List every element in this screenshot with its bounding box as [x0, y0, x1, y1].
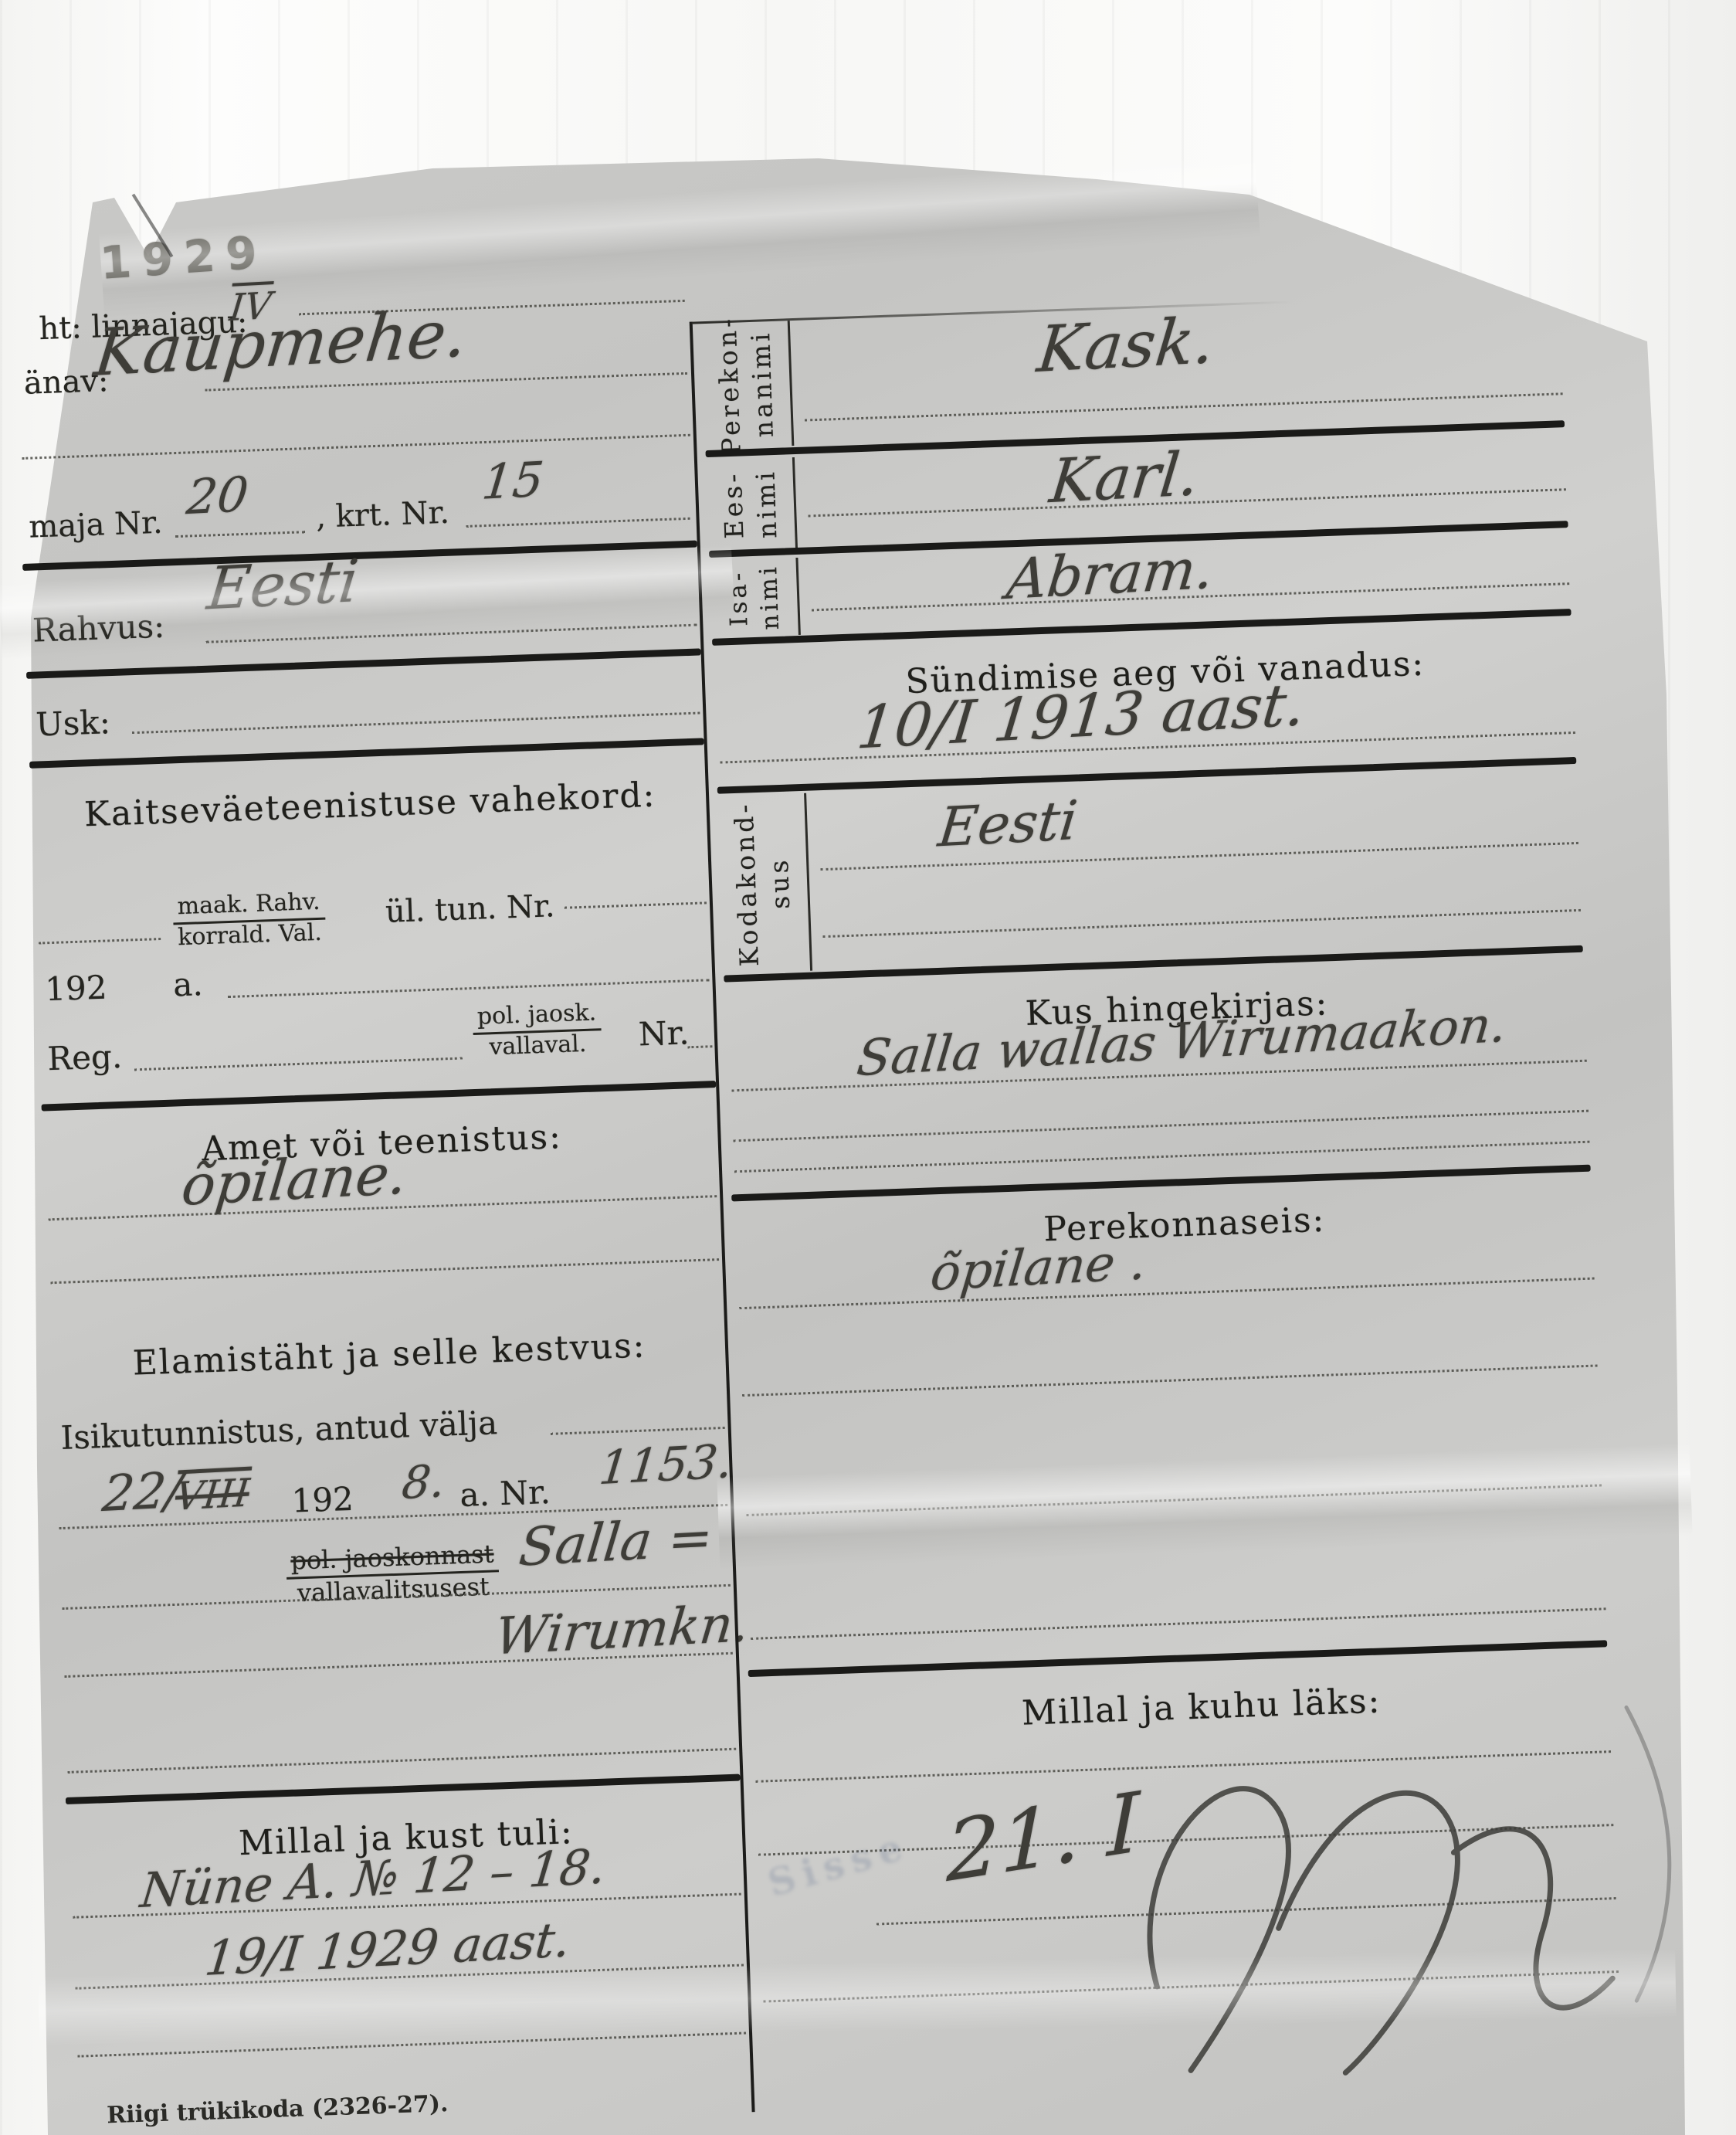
pol-vallaval-stack: pol. jaosk. vallaval.	[472, 1000, 602, 1061]
vallaval-label: vallaval.	[489, 1030, 587, 1061]
dotted-line	[805, 392, 1563, 421]
rule	[42, 1081, 717, 1111]
perekonnanimi-label-line1: Perekon-	[711, 315, 749, 455]
scanned-document: 1929 ht: linnajagu: IV änav: Kaupmehe. m…	[0, 0, 1736, 2135]
dotted-line	[228, 979, 710, 998]
dotted-line	[78, 2031, 747, 2057]
tuli-line2-handwritten: 19/I 1929 aast.	[202, 1911, 573, 1987]
pol-jaosk-label: pol. jaosk.	[472, 1000, 602, 1034]
kodakondsus-label-line2: sus	[761, 799, 799, 966]
dotted-line	[68, 1748, 737, 1774]
dotted-line	[206, 624, 697, 643]
maja-value-handwritten: 20	[184, 466, 251, 525]
eesnimi-label-line2: nimi	[749, 469, 785, 539]
kodakondsus-label-cell: Kodakond- sus	[717, 793, 812, 974]
isik-day-handwritten: 22/	[100, 1461, 185, 1523]
krt-value-handwritten: 15	[480, 451, 547, 511]
isik-month-handwritten: VIII	[173, 1471, 252, 1519]
krt-label: , krt. Nr.	[315, 495, 449, 535]
dotted-line	[687, 1045, 712, 1048]
dotted-line	[742, 1364, 1597, 1397]
dotted-line	[747, 1484, 1602, 1516]
isik-year-handwritten: 8.	[399, 1454, 448, 1509]
year192-label: 192	[44, 969, 107, 1009]
printer-imprint: Riigi trükikoda (2326-27).	[107, 2090, 449, 2129]
seis-heading: Perekonnaseis:	[775, 1191, 1594, 1259]
eesnimi-label: Ees- nimi	[717, 469, 785, 541]
dotted-line	[51, 1258, 720, 1284]
perekonnanimi-label-cell: Perekon- nanimi	[701, 321, 795, 449]
rule	[724, 945, 1583, 983]
nr-label: Nr.	[638, 1013, 690, 1053]
ul-tun-label: ül. tun. Nr.	[385, 888, 555, 930]
isanimi-label: Isa- nimi	[721, 564, 786, 632]
isanimi-label-cell: Isa- nimi	[709, 558, 800, 638]
isik-a-nr-label: a. Nr.	[459, 1473, 551, 1514]
rahvus-label: Rahvus:	[32, 607, 165, 650]
jaosk-value1-handwritten: Salla =	[516, 1507, 715, 1578]
rahvus-value-handwritten: Eesti	[204, 546, 361, 623]
rule	[66, 1774, 741, 1804]
kodakondsus-label-line1: Kodakond-	[728, 801, 767, 967]
dotted-line	[565, 901, 707, 908]
rule	[712, 609, 1572, 646]
perekonnanimi-label-line2: nanimi	[744, 314, 782, 454]
maak-korrald-stack: maak. Rahv. korrald. Val.	[172, 889, 326, 952]
dotted-line	[132, 712, 700, 735]
elamis-heading: Elamistäht ja selle kestvus:	[53, 1323, 725, 1386]
dotted-line	[734, 1141, 1589, 1173]
isanimi-label-line1: Isa-	[721, 565, 754, 632]
perekonnanimi-label: Perekon- nanimi	[711, 314, 782, 456]
form-content: 1929 ht: linnajagu: IV änav: Kaupmehe. m…	[0, 0, 1736, 2135]
perekonnanimi-value-handwritten: Kask.	[1034, 304, 1218, 387]
usk-label: Usk:	[35, 703, 110, 743]
seis-value-handwritten: õpilane .	[928, 1234, 1150, 1302]
dotted-line	[820, 842, 1578, 871]
year-stamp: 1929	[98, 226, 270, 290]
rule	[29, 738, 704, 768]
rule	[717, 757, 1577, 794]
dotted-line	[551, 1427, 725, 1435]
dotted-line	[175, 531, 305, 538]
isik-label: Isikutunnistus, antud välja	[60, 1404, 498, 1457]
dotted-line	[823, 909, 1582, 938]
dotted-line	[134, 1057, 463, 1071]
pencil-mark	[1626, 1706, 1674, 2001]
kodakondsus-label: Kodakond- sus	[728, 799, 800, 967]
dotted-line	[751, 1607, 1605, 1640]
signature-flourish	[907, 1642, 1732, 2103]
dotted-line	[734, 1110, 1589, 1142]
korrald-label: korrald. Val.	[178, 919, 323, 951]
dotted-line	[739, 1278, 1594, 1310]
dotted-line	[22, 434, 690, 460]
dotted-line	[64, 1652, 733, 1678]
kodakondsus-value-handwritten: Eesti	[935, 789, 1080, 860]
kaitse-heading: Kaitseväeteenistuse vahekord:	[34, 773, 707, 836]
isanimi-label-line2: nimi	[753, 564, 786, 631]
dotted-line	[466, 518, 690, 528]
faint-ink-stamp: Sisse	[763, 1824, 914, 1906]
isik-nr-value-handwritten: 1153.	[596, 1434, 734, 1495]
maja-label: maja Nr.	[29, 505, 164, 545]
year192-suffix: a.	[172, 965, 203, 1003]
vallavalitsusest-label: vallavalitsusest	[297, 1573, 490, 1607]
dotted-line	[39, 938, 161, 945]
eesnimi-label-line1: Ees-	[717, 470, 752, 540]
rule	[26, 648, 701, 678]
reg-label: Reg.	[47, 1037, 123, 1078]
eesnimi-label-cell: Ees- nimi	[706, 457, 798, 552]
isik-year-printed: 192	[291, 1480, 354, 1520]
